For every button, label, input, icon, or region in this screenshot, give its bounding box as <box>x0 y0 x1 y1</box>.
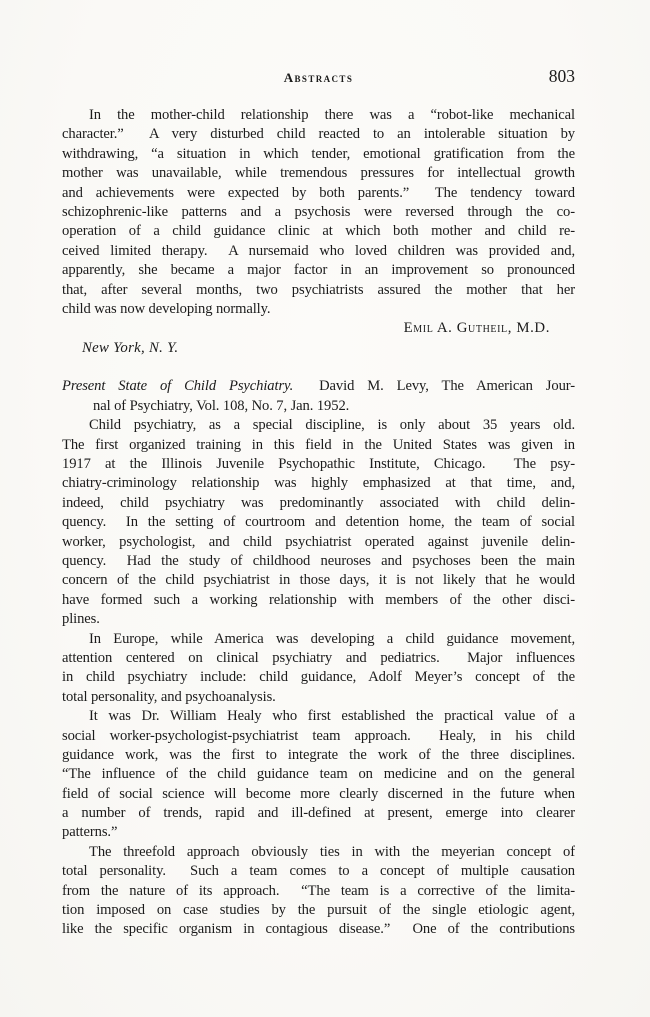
text-segment: nal of Psychiatry, Vol. 108, No. 7, Jan.… <box>93 398 349 414</box>
text-line: In Europe, while America was developing … <box>62 630 575 649</box>
text-segment: total personality. Such a team comes to … <box>62 863 575 879</box>
text-line: character.” A very disturbed child react… <box>62 125 575 144</box>
text-segment: apparently, she became a major factor in… <box>62 262 575 278</box>
text-segment: tion imposed on case studies by the purs… <box>62 902 575 918</box>
text-line: social worker-psychologist-psychiatrist … <box>62 727 575 746</box>
body-paragraph: The threefold approach obviously ties in… <box>62 843 575 940</box>
text-line: “The influence of the child guidance tea… <box>62 765 575 784</box>
text-line: that, after several months, two psychiat… <box>62 281 575 300</box>
text-line: withdrawing, “a situation in which tende… <box>62 145 575 164</box>
text-segment: Present State of Child Psychiatry. <box>62 378 293 394</box>
text-segment: and achievements were expected by both p… <box>62 185 575 201</box>
text-segment: schizophrenic-like patterns and a psycho… <box>62 204 575 220</box>
text-segment: in child psychiatry include: child guida… <box>62 669 575 685</box>
text-line: a number of trends, rapid and ill-define… <box>62 804 575 823</box>
text-segment: “The influence of the child guidance tea… <box>62 766 575 782</box>
text-line: The threefold approach obviously ties in… <box>62 843 575 862</box>
text-line: ceived limited therapy. A nursemaid who … <box>62 242 575 261</box>
text-line: have formed such a working relationship … <box>62 591 575 610</box>
text-line: tion imposed on case studies by the purs… <box>62 901 575 920</box>
text-line: mother was unavailable, while tremendous… <box>62 164 575 183</box>
body-paragraph: Child psychiatry, as a special disciplin… <box>62 416 575 629</box>
text-segment: Child psychiatry, as a special disciplin… <box>89 417 575 433</box>
text-line: plines. <box>62 610 575 629</box>
text-segment: The threefold approach obviously ties in… <box>89 844 575 860</box>
body-paragraph: It was Dr. William Healy who first estab… <box>62 707 575 843</box>
text-line: from the nature of its approach. “The te… <box>62 882 575 901</box>
body-paragraph: In Europe, while America was developing … <box>62 630 575 708</box>
text-segment: guidance work, was the first to integrat… <box>62 747 575 763</box>
text-segment: patterns.” <box>62 824 117 840</box>
running-header: Abstracts 803 <box>62 66 575 88</box>
text-line: in child psychiatry include: child guida… <box>62 668 575 687</box>
text-line: quency. Had the study of childhood neuro… <box>62 552 575 571</box>
text-line: total personality, and psychoanalysis. <box>62 688 575 707</box>
journal-page: Abstracts 803 In the mother-child relati… <box>0 0 650 1017</box>
text-segment: indeed, child psychiatry was predominant… <box>62 495 575 511</box>
text-segment: It was Dr. William Healy who first estab… <box>89 708 575 724</box>
text-line: In the mother-child relationship there w… <box>62 106 575 125</box>
text-line: indeed, child psychiatry was predominant… <box>62 494 575 513</box>
text-segment: a number of trends, rapid and ill-define… <box>62 805 575 821</box>
text-segment: plines. <box>62 611 100 627</box>
text-line: attention centered on clinical psychiatr… <box>62 649 575 668</box>
text-segment: concern of the child psychiatrist in tho… <box>62 572 575 588</box>
text-segment: like the specific organism in contagious… <box>62 921 575 937</box>
author-location: New York, N. Y. <box>62 339 575 358</box>
text-line: quency. In the setting of courtroom and … <box>62 513 575 532</box>
article-citation: Present State of Child Psychiatry. David… <box>62 377 575 416</box>
text-line: operation of a child guidance clinic at … <box>62 222 575 241</box>
text-line: like the specific organism in contagious… <box>62 920 575 939</box>
text-segment: have formed such a working relationship … <box>62 592 575 608</box>
text-segment: In the mother-child relationship there w… <box>89 107 575 123</box>
text-segment: worker, psychologist, and child psychiat… <box>62 534 575 550</box>
text-segment: field of social science will become more… <box>62 786 575 802</box>
body-paragraph: In the mother-child relationship there w… <box>62 106 575 319</box>
text-line: field of social science will become more… <box>62 785 575 804</box>
text-segment: David M. Levy, The American Jour- <box>293 378 575 394</box>
running-title: Abstracts <box>62 70 575 86</box>
text-segment: The first organized training in this fie… <box>62 437 575 453</box>
text-line: and achievements were expected by both p… <box>62 184 575 203</box>
text-segment: attention centered on clinical psychiatr… <box>62 650 575 666</box>
text-segment: In Europe, while America was developing … <box>89 631 575 647</box>
text-line: apparently, she became a major factor in… <box>62 261 575 280</box>
text-line: 1917 at the Illinois Juvenile Psychopath… <box>62 455 575 474</box>
text-line: Present State of Child Psychiatry. David… <box>62 377 575 396</box>
text-line: patterns.” <box>62 823 575 842</box>
abstracts-text: In the mother-child relationship there w… <box>62 106 575 940</box>
text-segment: quency. In the setting of courtroom and … <box>62 514 575 530</box>
text-segment: child was now developing normally. <box>62 301 270 317</box>
text-segment: chiatry-criminology relationship was hig… <box>62 475 575 491</box>
author-byline: Emil A. Gutheil, M.D. <box>62 319 575 338</box>
text-line: The first organized training in this fie… <box>62 436 575 455</box>
text-segment: 1917 at the Illinois Juvenile Psychopath… <box>62 456 575 472</box>
text-segment: that, after several months, two psychiat… <box>62 282 575 298</box>
text-segment: character.” A very disturbed child react… <box>62 126 575 142</box>
text-segment: from the nature of its approach. “The te… <box>62 883 575 899</box>
text-line: guidance work, was the first to integrat… <box>62 746 575 765</box>
text-segment: quency. Had the study of childhood neuro… <box>62 553 575 569</box>
text-line: Child psychiatry, as a special disciplin… <box>62 416 575 435</box>
page-number: 803 <box>549 66 575 86</box>
text-line: It was Dr. William Healy who first estab… <box>62 707 575 726</box>
text-segment: total personality, and psychoanalysis. <box>62 689 276 705</box>
text-line: schizophrenic-like patterns and a psycho… <box>62 203 575 222</box>
text-line: nal of Psychiatry, Vol. 108, No. 7, Jan.… <box>62 397 575 416</box>
text-line: chiatry-criminology relationship was hig… <box>62 474 575 493</box>
text-line: concern of the child psychiatrist in tho… <box>62 571 575 590</box>
text-line: child was now developing normally. <box>62 300 575 319</box>
text-line: total personality. Such a team comes to … <box>62 862 575 881</box>
text-segment: withdrawing, “a situation in which tende… <box>62 146 575 162</box>
text-segment: mother was unavailable, while tremendous… <box>62 165 575 181</box>
text-segment: social worker-psychologist-psychiatrist … <box>62 728 575 744</box>
text-line: worker, psychologist, and child psychiat… <box>62 533 575 552</box>
text-segment: ceived limited therapy. A nursemaid who … <box>62 243 575 259</box>
text-segment: operation of a child guidance clinic at … <box>62 223 575 239</box>
